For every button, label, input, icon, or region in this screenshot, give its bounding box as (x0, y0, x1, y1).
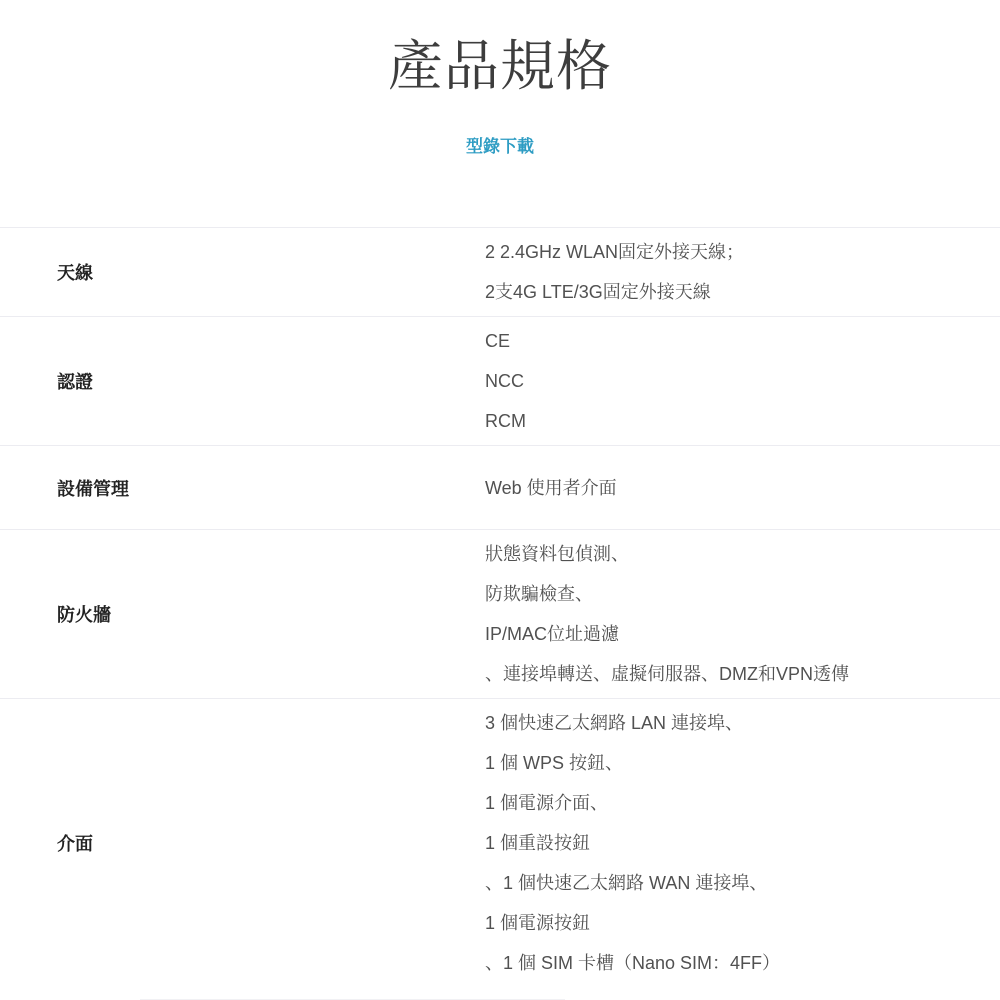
spec-value-line: 3 個快速乙太網路 LAN 連接埠、 (485, 703, 960, 743)
spec-row-antenna: 天線 2 2.4GHz WLAN固定外接天線； 2支4G LTE/3G固定外接天… (0, 227, 1000, 316)
spec-value-line: NCC (485, 361, 960, 401)
spec-value-line: 1 個電源介面、 (485, 783, 960, 823)
spec-row-certification: 認證 CE NCC RCM (0, 316, 1000, 445)
spec-value: 3 個快速乙太網路 LAN 連接埠、 1 個 WPS 按鈕、 1 個電源介面、 … (485, 703, 1000, 983)
catalog-download-link[interactable]: 型錄下載 (466, 137, 534, 157)
spec-label: 認證 (0, 368, 485, 394)
spec-value: Web 使用者介面 (485, 468, 1000, 508)
spec-value: CE NCC RCM (485, 321, 1000, 441)
spec-value-line: Web 使用者介面 (485, 468, 960, 508)
spec-value-line: 2支4G LTE/3G固定外接天線 (485, 272, 960, 312)
spec-value-line: 1 個重設按鈕 (485, 823, 960, 863)
spec-table: 天線 2 2.4GHz WLAN固定外接天線； 2支4G LTE/3G固定外接天… (0, 227, 1000, 987)
spec-value-line: RCM (485, 401, 960, 441)
spec-value-line: 2 2.4GHz WLAN固定外接天線； (485, 232, 960, 272)
spec-value: 2 2.4GHz WLAN固定外接天線； 2支4G LTE/3G固定外接天線 (485, 232, 1000, 312)
catalog-link-wrap: 型錄下載 (0, 137, 1000, 157)
product-spec-page: 產品規格 型錄下載 天線 2 2.4GHz WLAN固定外接天線； 2支4G L… (0, 0, 1000, 1000)
spec-value-line: CE (485, 321, 960, 361)
spec-row-interface: 介面 3 個快速乙太網路 LAN 連接埠、 1 個 WPS 按鈕、 1 個電源介… (0, 698, 1000, 987)
spec-row-firewall: 防火牆 狀態資料包偵測、 防欺騙檢查、 IP/MAC位址過濾 、連接埠轉送、虛擬… (0, 529, 1000, 698)
spec-value-line: 1 個電源按鈕 (485, 903, 960, 943)
spec-label: 防火牆 (0, 601, 485, 627)
spec-label: 天線 (0, 259, 485, 285)
spec-value-line: 狀態資料包偵測、 (485, 534, 960, 574)
spec-value-line: 防欺騙檢查、 (485, 574, 960, 614)
spec-value-line: 1 個 WPS 按鈕、 (485, 743, 960, 783)
spec-value-line: 、1 個快速乙太網路 WAN 連接埠、 (485, 863, 960, 903)
spec-row-device-management: 設備管理 Web 使用者介面 (0, 445, 1000, 529)
spec-value-line: 、1 個 SIM 卡槽（Nano SIM：4FF） (485, 943, 960, 983)
spec-label: 介面 (0, 830, 485, 856)
page-title: 產品規格 (0, 0, 1000, 98)
spec-value-line: 、連接埠轉送、虛擬伺服器、DMZ和VPN透傳 (485, 654, 960, 694)
spec-value-line: IP/MAC位址過濾 (485, 614, 960, 654)
spec-value: 狀態資料包偵測、 防欺騙檢查、 IP/MAC位址過濾 、連接埠轉送、虛擬伺服器、… (485, 534, 1000, 694)
spec-label: 設備管理 (0, 475, 485, 501)
